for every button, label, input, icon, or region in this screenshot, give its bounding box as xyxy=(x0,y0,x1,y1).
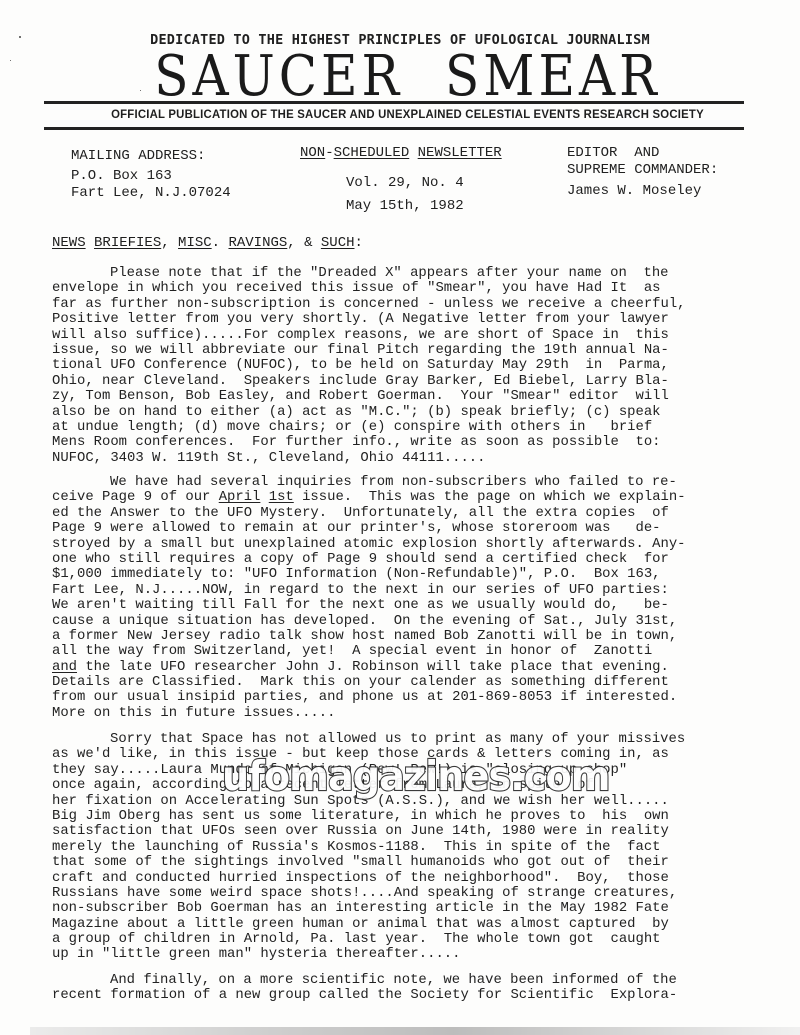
text-line: also be on hand to either (a) act as "M.… xyxy=(52,405,782,420)
heading-word: NEWS xyxy=(52,235,86,251)
scan-speck xyxy=(140,90,141,91)
heading-word: MISC xyxy=(178,235,212,251)
newsletter-label-separator: - xyxy=(325,145,333,161)
issue-date: May 15th, 1982 xyxy=(346,198,464,215)
text-line: zy, Tom Benson, Bob Easley, and Robert G… xyxy=(52,389,782,404)
heading-word: SUCH xyxy=(321,235,355,251)
text-line: envelope in which you received this issu… xyxy=(52,281,782,296)
text-line: merely the launching of Russia's Kosmos-… xyxy=(52,840,782,855)
text-line: ceive Page 9 of our April 1st issue. Thi… xyxy=(52,490,782,505)
text-line: recent formation of a new group called t… xyxy=(52,988,782,1003)
text-line: one who still requires a copy of Page 9 … xyxy=(52,552,782,567)
text-line: a former New Jersey radio talk show host… xyxy=(52,629,782,644)
scan-speck xyxy=(10,60,11,61)
text-line: Positive letter from you very shortly. (… xyxy=(52,312,782,327)
text-line: that some of the sightings involved "sma… xyxy=(52,855,782,870)
heading-separator xyxy=(86,235,94,251)
mailing-address: P.O. Box 163 Fart Lee, N.J.07024 xyxy=(71,168,231,202)
text-line: Ohio, near Cleveland. Speakers include G… xyxy=(52,374,782,389)
paragraph-dreaded-x: Please note that if the "Dreaded X" appe… xyxy=(52,266,782,466)
text-line: tional UFO Conference (NUFOC), to be hel… xyxy=(52,358,782,373)
text-line: We have had several inquiries from non-s… xyxy=(52,475,782,490)
masthead-rule-bottom xyxy=(44,127,744,130)
text-line: non-subscriber Bob Goerman has an intere… xyxy=(52,901,782,916)
scan-edge-shadow xyxy=(30,1027,800,1035)
masthead-rule-top xyxy=(44,101,744,104)
text-line: Mens Room conferences. For further info.… xyxy=(52,435,782,450)
underlined-word: and xyxy=(52,659,77,675)
volume-number: Vol. 29, No. 4 xyxy=(346,175,464,192)
newsletter-label-word: NEWSLETTER xyxy=(418,145,502,161)
scan-speck xyxy=(19,36,21,38)
heading-separator: , xyxy=(161,235,178,251)
editor-label: EDITOR AND SUPREME COMMANDER: xyxy=(567,145,718,179)
underlined-word: April xyxy=(219,489,261,505)
text-line: Magazine about a little green human or a… xyxy=(52,917,782,932)
text-line: Russians have some weird space shots!...… xyxy=(52,886,782,901)
heading-word: RAVINGS xyxy=(228,235,287,251)
heading-separator: : xyxy=(355,235,363,251)
text-line: We aren't waiting till Fall for the next… xyxy=(52,598,782,613)
watermark: ufomagazines.com xyxy=(222,752,610,800)
heading-separator: , & xyxy=(287,235,321,251)
text-line: and the late UFO researcher John J. Robi… xyxy=(52,660,782,675)
text-line: More on this in future issues..... xyxy=(52,706,782,721)
text-line: all the way from Switzerland, yet! A spe… xyxy=(52,644,782,659)
text-line: from our usual insipid parties, and phon… xyxy=(52,690,782,705)
newsletter-page: DEDICATED TO THE HIGHEST PRINCIPLES OF U… xyxy=(0,0,800,1035)
text-line: $1,000 immediately to: "UFO Information … xyxy=(52,567,782,582)
text-line: craft and conducted hurried inspections … xyxy=(52,871,782,886)
newsletter-label-space xyxy=(409,145,417,161)
text-line: stroyed by a small but unexplained atomi… xyxy=(52,537,782,552)
text-line: Fart Lee, N.J.....NOW, in regard to the … xyxy=(52,583,782,598)
paragraph-scientific-note: And finally, on a more scientific note, … xyxy=(52,973,782,1004)
text-line: will also suffice).....For complex reaso… xyxy=(52,328,782,343)
text-line: satisfaction that UFOs seen over Russia … xyxy=(52,824,782,839)
heading-separator: . xyxy=(212,235,229,251)
text-line: far as further non-subscription is conce… xyxy=(52,297,782,312)
newsletter-label-word: SCHEDULED xyxy=(334,145,410,161)
text-line: Big Jim Oberg has sent us some literatur… xyxy=(52,809,782,824)
underlined-word: 1st xyxy=(269,489,294,505)
text-line: Details are Classified. Mark this on you… xyxy=(52,675,782,690)
text-line: NUFOC, 3403 W. 119th St., Cleveland, Ohi… xyxy=(52,451,782,466)
heading-word: BRIEFIES xyxy=(94,235,161,251)
text-line: Sorry that Space has not allowed us to p… xyxy=(52,732,782,747)
newsletter-type-label: NON-SCHEDULED NEWSLETTER xyxy=(300,145,502,162)
text-line: at undue length; (d) move chairs; or (e)… xyxy=(52,420,782,435)
text-line: Page 9 were allowed to remain at our pri… xyxy=(52,521,782,536)
mailing-address-label: MAILING ADDRESS: xyxy=(71,148,205,165)
text-line: a group of children in Arnold, Pa. last … xyxy=(52,932,782,947)
paragraph-page-9: We have had several inquiries from non-s… xyxy=(52,475,782,721)
section-heading: NEWS BRIEFIES, MISC. RAVINGS, & SUCH: xyxy=(52,235,363,252)
text-line: up in "little green man" hysteria therea… xyxy=(52,947,782,962)
text-line: cause a unique situation has developed. … xyxy=(52,614,782,629)
text-line: Please note that if the "Dreaded X" appe… xyxy=(52,266,782,281)
text-line: And finally, on a more scientific note, … xyxy=(52,973,782,988)
publication-subtitle: OFFICIAL PUBLICATION OF THE SAUCER AND U… xyxy=(29,107,787,121)
newsletter-label-word: NON xyxy=(300,145,325,161)
text-line: ed the Answer to the UFO Mystery. Unfort… xyxy=(52,506,782,521)
editor-name: James W. Moseley xyxy=(567,183,701,200)
text-line: issue, so we will abbreviate our final P… xyxy=(52,343,782,358)
